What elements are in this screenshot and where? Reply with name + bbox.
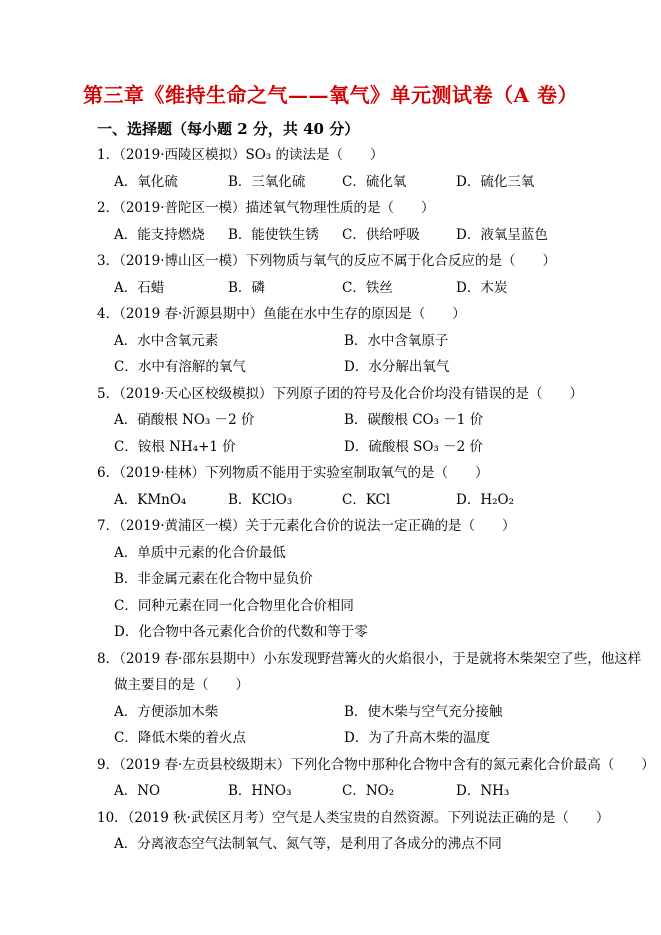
option-b: B．能使铁生锈 [228, 222, 342, 249]
question-options: A．氧化硫 B．三氧化硫 C．硫化氧 D．硫化三氧 [97, 169, 661, 196]
question-9: 9．（2019 春·左贡县校级期末）下列化合物中那种化合物中含有的氮元素化合价最… [97, 752, 661, 805]
question-options-row-1: A．单质中元素的化合价最低 [97, 540, 661, 567]
option-c: C．降低木柴的着火点 [114, 725, 344, 752]
option-b: B．非金属元素在化合物中显负价 [114, 566, 661, 593]
question-options-row-1: A．方便添加木柴 B．使木柴与空气充分接触 [97, 699, 661, 726]
option-a: A．石蜡 [114, 275, 228, 302]
question-options-row-4: D．化合物中各元素化合价的代数和等于零 [97, 619, 661, 646]
option-a: A．单质中元素的化合价最低 [114, 540, 661, 567]
question-options-row-2: C．降低木柴的着火点 D．为了升高木柴的温度 [97, 725, 661, 752]
question-options-row-2: C．铵根 NH₄+1 价 D．硫酸根 SO₃ －2 价 [97, 434, 661, 461]
option-a: A．氧化硫 [114, 169, 228, 196]
option-c: C．水中有溶解的氧气 [114, 354, 344, 381]
question-options: A．KMnO₄ B．KClO₃ C．KCl D．H₂O₂ [97, 487, 661, 514]
option-a: A．能支持燃烧 [114, 222, 228, 249]
question-2: 2．（2019·普陀区一模）描述氧气物理性质的是（ ） A．能支持燃烧 B．能使… [97, 195, 661, 248]
page-title: 第三章《维持生命之气——氧气》单元测试卷（A 卷） [0, 84, 661, 107]
option-a: A．分离液态空气法制氧气、氮气等，是利用了各成分的沸点不同 [114, 831, 661, 858]
option-b: B．碳酸根 CO₃ －1 价 [344, 407, 661, 434]
option-d: D．液氧呈蓝色 [456, 222, 661, 249]
question-stem: 7．（2019·黄浦区一模）关于元素化合价的说法一定正确的是（ ） [97, 513, 661, 540]
question-4: 4．（2019 春·沂源县期中）鱼能在水中生存的原因是（ ） A．水中含氧元素 … [97, 301, 661, 381]
option-b: B．三氧化硫 [228, 169, 342, 196]
question-stem: 3．（2019·博山区一模）下列物质与氧气的反应不属于化合反应的是（ ） [97, 248, 661, 275]
option-a: A．硝酸根 NO₃ －2 价 [114, 407, 344, 434]
option-d: D．NH₃ [456, 778, 661, 805]
question-options: A．能支持燃烧 B．能使铁生锈 C．供给呼吸 D．液氧呈蓝色 [97, 222, 661, 249]
question-7: 7．（2019·黄浦区一模）关于元素化合价的说法一定正确的是（ ） A．单质中元… [97, 513, 661, 646]
question-stem: 1．（2019·西陵区模拟）SO₃ 的读法是（ ） [97, 142, 661, 169]
question-options-row-2: C．水中有溶解的氧气 D．水分解出氧气 [97, 354, 661, 381]
question-3: 3．（2019·博山区一模）下列物质与氧气的反应不属于化合反应的是（ ） A．石… [97, 248, 661, 301]
test-paper-page: 第三章《维持生命之气——氧气》单元测试卷（A 卷） 一、选择题（每小题 2 分，… [0, 0, 661, 935]
question-1: 1．（2019·西陵区模拟）SO₃ 的读法是（ ） A．氧化硫 B．三氧化硫 C… [97, 142, 661, 195]
option-c: C．同种元素在同一化合物里化合价相同 [114, 593, 661, 620]
option-c: C．KCl [342, 487, 456, 514]
question-8: 8．（2019 春·邵东县期中）小东发现野营篝火的火焰很小，于是就将木柴架空了些… [97, 646, 661, 752]
question-stem: 4．（2019 春·沂源县期中）鱼能在水中生存的原因是（ ） [97, 301, 661, 328]
option-a: A．方便添加木柴 [114, 699, 344, 726]
question-options-row-3: C．同种元素在同一化合物里化合价相同 [97, 593, 661, 620]
option-a: A．NO [114, 778, 228, 805]
option-b: B．KClO₃ [228, 487, 342, 514]
question-stem: 10．（2019 秋·武侯区月考）空气是人类宝贵的自然资源。下列说法正确的是（ … [97, 805, 661, 832]
option-a: A．KMnO₄ [114, 487, 228, 514]
question-5: 5．（2019·天心区校级模拟）下列原子团的符号及化合价均没有错误的是（ ） A… [97, 381, 661, 461]
question-options-row-1: A．水中含氧元素 B．水中含氧原子 [97, 328, 661, 355]
option-c: C．供给呼吸 [342, 222, 456, 249]
option-d: D．硫酸根 SO₃ －2 价 [344, 434, 661, 461]
question-stem: 8．（2019 春·邵东县期中）小东发现野营篝火的火焰很小，于是就将木柴架空了些… [97, 646, 661, 673]
option-d: D．为了升高木柴的温度 [344, 725, 661, 752]
section-heading: 一、选择题（每小题 2 分，共 40 分） [97, 120, 661, 139]
option-b: B．使木柴与空气充分接触 [344, 699, 661, 726]
question-stem: 6．（2019·桂林）下列物质不能用于实验室制取氧气的是（ ） [97, 460, 661, 487]
question-10: 10．（2019 秋·武侯区月考）空气是人类宝贵的自然资源。下列说法正确的是（ … [97, 805, 661, 858]
option-d: D．H₂O₂ [456, 487, 661, 514]
option-d: D．化合物中各元素化合价的代数和等于零 [114, 619, 661, 646]
option-b: B．HNO₃ [228, 778, 342, 805]
question-stem: 2．（2019·普陀区一模）描述氧气物理性质的是（ ） [97, 195, 661, 222]
option-c: C．铁丝 [342, 275, 456, 302]
option-b: B．水中含氧原子 [344, 328, 661, 355]
option-d: D．硫化三氧 [456, 169, 661, 196]
question-options-row-1: A．分离液态空气法制氧气、氮气等，是利用了各成分的沸点不同 [97, 831, 661, 858]
question-options-row-1: A．硝酸根 NO₃ －2 价 B．碳酸根 CO₃ －1 价 [97, 407, 661, 434]
question-list: 1．（2019·西陵区模拟）SO₃ 的读法是（ ） A．氧化硫 B．三氧化硫 C… [97, 142, 661, 858]
question-stem: 9．（2019 春·左贡县校级期末）下列化合物中那种化合物中含有的氮元素化合价最… [97, 752, 661, 779]
option-d: D．水分解出氧气 [344, 354, 661, 381]
question-stem-line-2: 做主要目的是（ ） [114, 672, 249, 699]
question-stem-continued: 做主要目的是（ ） [97, 672, 661, 699]
question-options: A．NO B．HNO₃ C．NO₂ D．NH₃ [97, 778, 661, 805]
question-6: 6．（2019·桂林）下列物质不能用于实验室制取氧气的是（ ） A．KMnO₄ … [97, 460, 661, 513]
option-a: A．水中含氧元素 [114, 328, 344, 355]
option-b: B．磷 [228, 275, 342, 302]
option-d: D．木炭 [456, 275, 661, 302]
option-c: C．NO₂ [342, 778, 456, 805]
question-options-row-2: B．非金属元素在化合物中显负价 [97, 566, 661, 593]
question-options: A．石蜡 B．磷 C．铁丝 D．木炭 [97, 275, 661, 302]
option-c: C．硫化氧 [342, 169, 456, 196]
option-c: C．铵根 NH₄+1 价 [114, 434, 344, 461]
question-stem: 5．（2019·天心区校级模拟）下列原子团的符号及化合价均没有错误的是（ ） [97, 381, 661, 408]
